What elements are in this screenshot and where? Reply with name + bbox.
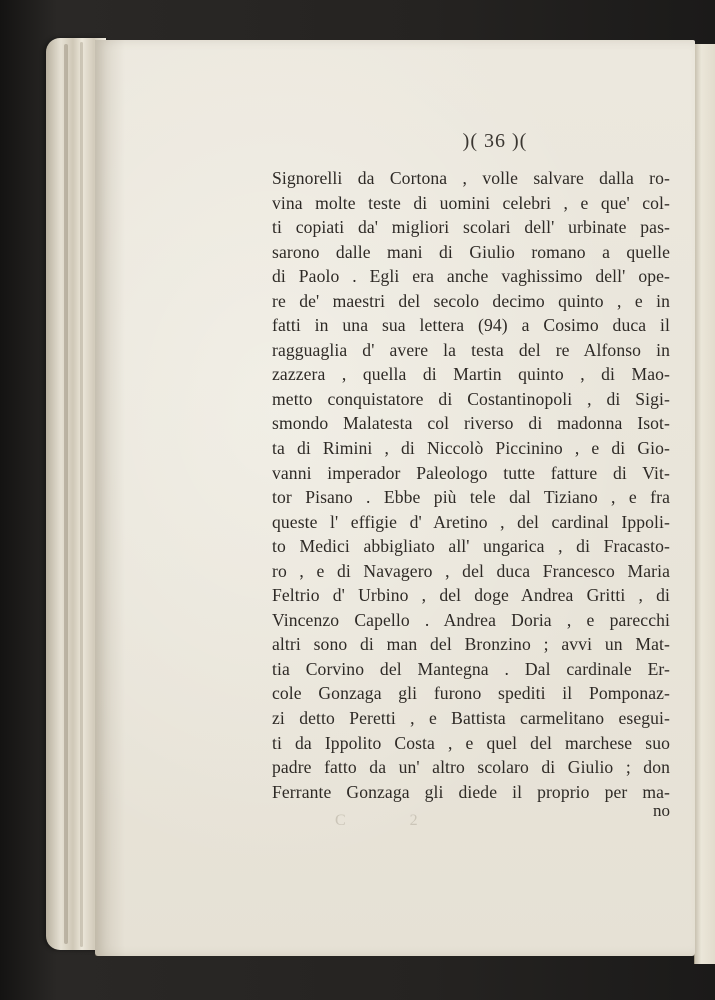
text-line: smondo Malatesta col riverso di madonna … <box>272 411 670 436</box>
gutter-shadow <box>95 40 125 956</box>
text-line: metto conquistatore di Costantinopoli , … <box>272 387 670 412</box>
text-line: tor Pisano . Ebbe più tele dal Tiziano ,… <box>272 485 670 510</box>
text-line: vina molte teste di uomini celebri , e q… <box>272 191 670 216</box>
text-line: ro , e di Navagero , del duca Francesco … <box>272 559 670 584</box>
text-line: Vincenzo Capello . Andrea Doria , e pare… <box>272 608 670 633</box>
text-line: ragguaglia d' avere la testa del re Alfo… <box>272 338 670 363</box>
text-line: to Medici abbigliato all' ungarica , di … <box>272 534 670 559</box>
text-line: altri sono di man del Bronzino ; avvi un… <box>272 632 670 657</box>
text-line: Feltrio d' Urbino , del doge Andrea Grit… <box>272 583 670 608</box>
page-number-header: )( 36 )( <box>440 130 550 153</box>
text-line: Signorelli da Cortona , volle salvare da… <box>272 166 670 191</box>
text-line: sarono dalle mani di Giulio romano a que… <box>272 240 670 265</box>
text-line: fatti in una sua lettera (94) a Cosimo d… <box>272 313 670 338</box>
text-line: padre fatto da un' altro scolaro di Giul… <box>272 755 670 780</box>
text-line: cole Gonzaga gli furono spediti il Pompo… <box>272 681 670 706</box>
text-line: Ferrante Gonzaga gli diede il proprio pe… <box>272 780 670 805</box>
catchword: no <box>615 801 670 821</box>
text-line: ti copiati da' migliori scolari dell' ur… <box>272 215 670 240</box>
text-line: ta di Rimini , di Niccolò Piccinino , e … <box>272 436 670 461</box>
text-line: vanni imperador Paleologo tutte fatture … <box>272 461 670 486</box>
show-through-signature-mark: C 2 <box>335 812 448 830</box>
text-line: tia Corvino del Mantegna . Dal cardinale… <box>272 657 670 682</box>
text-line: zazzera , quella di Martin quinto , di M… <box>272 362 670 387</box>
facing-page-edge <box>694 44 715 964</box>
text-line: zi detto Peretti , e Battista carmelitan… <box>272 706 670 731</box>
text-line: ti da Ippolito Costa , e quel del marche… <box>272 731 670 756</box>
text-line: di Paolo . Egli era anche vaghissimo del… <box>272 264 670 289</box>
book-page: C 2 )( 36 )( Signorelli da Cortona , vol… <box>95 40 695 956</box>
text-line: re de' maestri del secolo decimo quinto … <box>272 289 670 314</box>
body-text: Signorelli da Cortona , volle salvare da… <box>272 166 670 804</box>
text-line: queste l' effigie d' Aretino , del cardi… <box>272 510 670 535</box>
